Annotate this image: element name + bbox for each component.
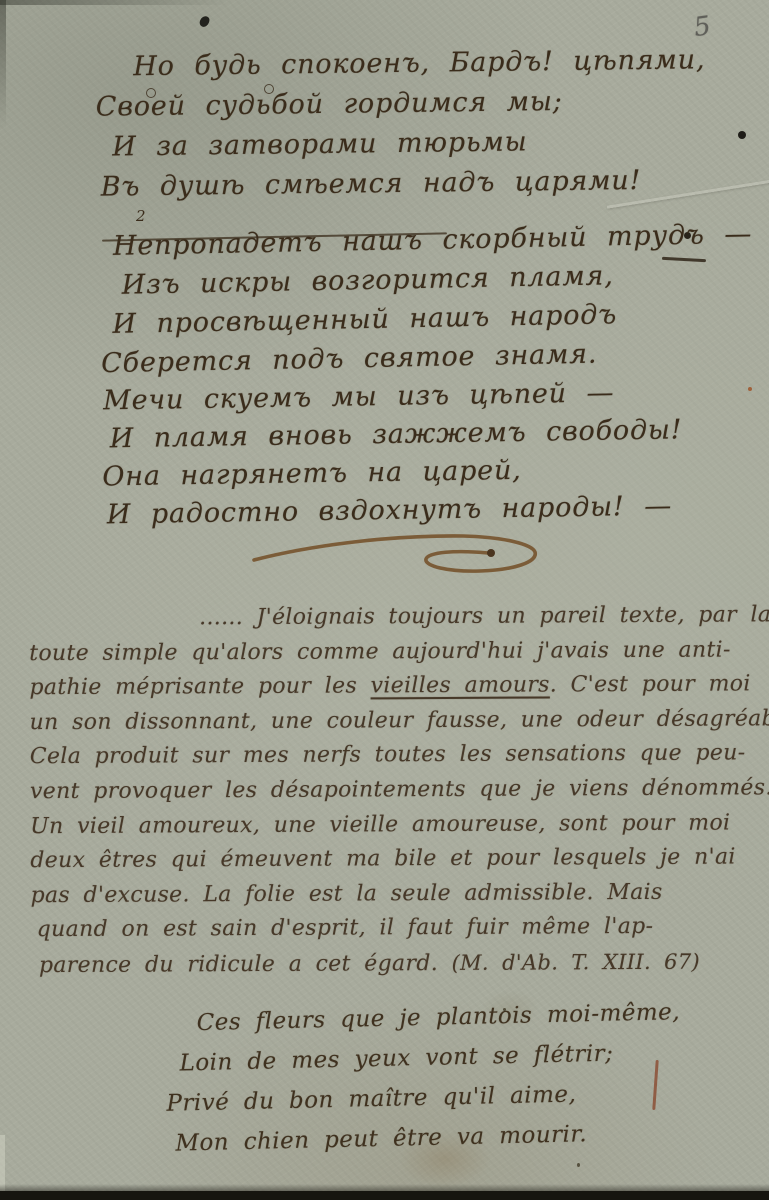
prose-line: un son dissonnant, une couleur fausse, u… xyxy=(30,702,769,741)
flourish-drawing xyxy=(248,518,548,580)
manuscript-page: 5 Но будь спокоенъ, Бардъ! цѣпями, Своей… xyxy=(0,0,769,1200)
prose-segment: parence du ridicule a cet égard. xyxy=(39,951,452,978)
prose-line: quand on est sain d'esprit, il faut fuir… xyxy=(31,909,769,948)
prose-line: deux êtres qui émeuvent ma bile et pour … xyxy=(30,840,769,879)
correction-number: 2 xyxy=(136,207,146,225)
paper-speck xyxy=(577,1163,580,1167)
ink-blot xyxy=(198,15,210,28)
russian-poem-stanza-1: Но будь спокоенъ, Бардъ! цѣпями, Своей с… xyxy=(87,40,707,208)
prose-segment: pathie méprisante pour les xyxy=(29,674,370,701)
flourish xyxy=(248,518,548,580)
french-prose: ...... J'éloignais toujours un pareil te… xyxy=(29,598,769,984)
prose-line: vent provoquer les désapointements que j… xyxy=(30,771,769,810)
french-verse: Ces fleurs que je plantois moi-même, Loi… xyxy=(158,992,683,1164)
manuscript-line: Но будь спокоенъ, Бардъ! цѣпями, xyxy=(87,40,705,88)
prose-line: ...... J'éloignais toujours un pareil te… xyxy=(29,598,769,637)
correction-circle xyxy=(264,84,274,94)
underlined-phrase: vieilles amours xyxy=(370,673,549,699)
prose-line: Cela produit sur mes nerfs toutes les se… xyxy=(30,736,769,775)
prose-line: Un vieil amoureux, une vieille amoureuse… xyxy=(30,805,769,844)
manuscript-line: Въ душѣ смѣемся надъ царями! xyxy=(89,160,707,208)
prose-line: pas d'excuse. La folie est la seule admi… xyxy=(30,875,769,914)
russian-poem-stanza-2: Непропадетъ нашъ скорбный трудъ — Изъ ис… xyxy=(87,215,755,384)
page-edge-shadow-left xyxy=(0,0,6,130)
prose-line: toute simple qu'alors comme aujourd'hui … xyxy=(29,632,769,671)
bottom-edge xyxy=(0,1191,769,1200)
citation: (M. d'Ab. T. XIII. 67) xyxy=(451,950,700,975)
prose-segment: . C'est pour moi xyxy=(550,672,751,698)
prose-line: parence du ridicule a cet égard. (M. d'A… xyxy=(31,944,769,984)
page-number: 5 xyxy=(692,11,713,43)
page-edge-shadow-top xyxy=(0,0,230,5)
ink-dot xyxy=(738,131,746,139)
correction-circle xyxy=(146,88,156,98)
prose-line: pathie méprisante pour les vieilles amou… xyxy=(29,667,769,706)
russian-poem-stanza-3: Мечи скуемъ мы изъ цѣпей — И пламя вновь… xyxy=(87,373,684,534)
rust-speck xyxy=(748,387,752,391)
